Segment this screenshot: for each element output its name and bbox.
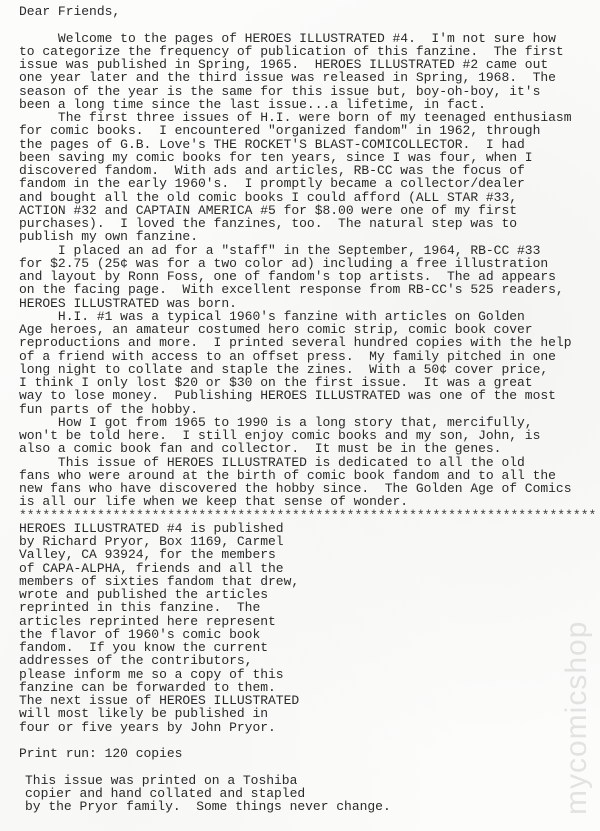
printing-note-line: by the Pryor family. Some things never c… xyxy=(25,800,599,813)
colophon-line: reprinted in this fanzine. The xyxy=(19,601,599,614)
letter-line: for $2.75 (25¢ was for a two color ad) i… xyxy=(19,257,599,270)
colophon-line: the flavor of 1960's comic book xyxy=(19,628,599,641)
asterisk-separator: ****************************************… xyxy=(19,509,599,522)
letter-line: to categorize the frequency of publicati… xyxy=(19,45,599,58)
colophon-line: fandom. If you know the current xyxy=(19,641,599,654)
letter-line: new fans who have discovered the hobby s… xyxy=(19,482,599,495)
colophon-line: addresses of the contributors, xyxy=(19,654,599,667)
letter-line: one year later and the third issue was r… xyxy=(19,71,599,84)
colophon-line: members of sixties fandom that drew, xyxy=(19,575,599,588)
letter-line: fun parts of the hobby. xyxy=(19,403,599,416)
colophon-line: Valley, CA 93924, for the members xyxy=(19,548,599,561)
letter-line: won't be told here. I still enjoy comic … xyxy=(19,429,599,442)
letter-line: publish my own fanzine. xyxy=(19,230,599,243)
blank-line xyxy=(19,18,599,31)
colophon-line: wrote and published the articles xyxy=(19,588,599,601)
letter-line: fans who were around at the birth of com… xyxy=(19,469,599,482)
colophon-line: fanzine can be forwarded to them. xyxy=(19,681,599,694)
letter-line: and bought all the old comic books I cou… xyxy=(19,191,599,204)
letter-line: This issue of HEROES ILLUSTRATED is dedi… xyxy=(19,456,599,469)
letter-body: Welcome to the pages of HEROES ILLUSTRAT… xyxy=(19,32,599,509)
letter-line: for comic books. I encountered "organize… xyxy=(19,124,599,137)
letter-line: reproductions and more. I printed severa… xyxy=(19,336,599,349)
colophon-line: four or five years by John Pryor. xyxy=(19,721,599,734)
fanzine-page: Dear Friends, Welcome to the pages of HE… xyxy=(19,5,599,813)
letter-line: I placed an ad for a "staff" in the Sept… xyxy=(19,244,599,257)
letter-line: ACTION #32 and CAPTAIN AMERICA #5 for $8… xyxy=(19,204,599,217)
letter-line: season of the year is the same for this … xyxy=(19,85,599,98)
letter-line: Welcome to the pages of HEROES ILLUSTRAT… xyxy=(19,32,599,45)
letter-line: the pages of G.B. Love's THE ROCKET'S BL… xyxy=(19,138,599,151)
letter-line: issue was published in Spring, 1965. HER… xyxy=(19,58,599,71)
colophon-line: of CAPA-ALPHA, friends and all the xyxy=(19,562,599,575)
letter-line: How I got from 1965 to 1990 is a long st… xyxy=(19,416,599,429)
letter-line: and layout by Ronn Foss, one of fandom's… xyxy=(19,270,599,283)
colophon-line: by Richard Pryor, Box 1169, Carmel xyxy=(19,535,599,548)
printing-note: This issue was printed on a Toshibacopie… xyxy=(19,774,599,814)
letter-line: I think I only lost $20 or $30 on the fi… xyxy=(19,376,599,389)
printing-note-line: This issue was printed on a Toshiba xyxy=(25,774,599,787)
letter-line: The first three issues of H.I. were born… xyxy=(19,111,599,124)
colophon-line: will most likely be published in xyxy=(19,707,599,720)
colophon-line: articles reprinted here represent xyxy=(19,615,599,628)
letter-line: way to lose money. Publishing HEROES ILL… xyxy=(19,389,599,402)
letter-line: HEROES ILLUSTRATED was born. xyxy=(19,297,599,310)
letter-line: Age heroes, an amateur costumed hero com… xyxy=(19,323,599,336)
letter-line: been saving my comic books for ten years… xyxy=(19,151,599,164)
colophon-line: HEROES ILLUSTRATED #4 is published xyxy=(19,522,599,535)
colophon-line: The next issue of HEROES ILLUSTRATED xyxy=(19,694,599,707)
printing-note-line: copier and hand collated and stapled xyxy=(25,787,599,800)
blank-line xyxy=(19,760,599,773)
letter-line: been a long time since the last issue...… xyxy=(19,98,599,111)
colophon-line: please inform me so a copy of this xyxy=(19,668,599,681)
letter-line: of a friend with access to an offset pre… xyxy=(19,350,599,363)
letter-line: H.I. #1 was a typical 1960's fanzine wit… xyxy=(19,310,599,323)
letter-line: is all our life when we keep that sense … xyxy=(19,495,599,508)
letter-line: purchases). I loved the fanzines, too. T… xyxy=(19,217,599,230)
letter-line: also a comic book fan and collector. It … xyxy=(19,442,599,455)
colophon: HEROES ILLUSTRATED #4 is publishedby Ric… xyxy=(19,522,599,734)
letter-line: on the facing page. With excellent respo… xyxy=(19,283,599,296)
letter-line: long night to collate and staple the zin… xyxy=(19,363,599,376)
salutation: Dear Friends, xyxy=(19,5,599,18)
letter-line: discovered fandom. With ads and articles… xyxy=(19,164,599,177)
blank-line xyxy=(19,734,599,747)
letter-line: fandom in the early 1960's. I promptly b… xyxy=(19,177,599,190)
print-run: Print run: 120 copies xyxy=(19,747,599,760)
